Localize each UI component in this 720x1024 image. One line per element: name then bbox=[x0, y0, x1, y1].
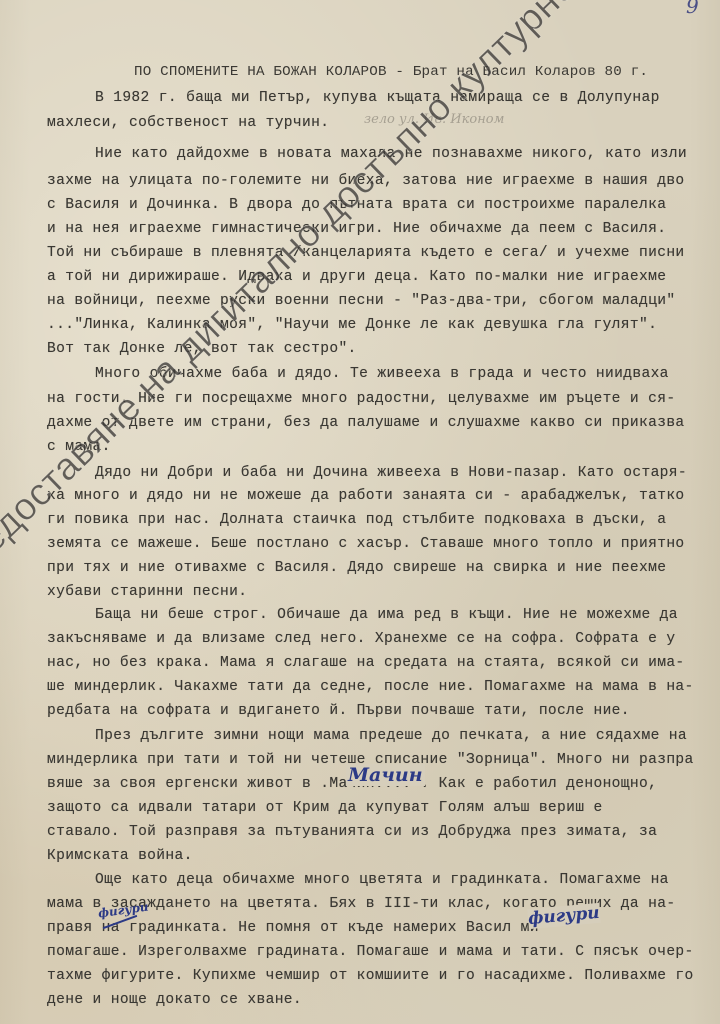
typed-line: с мама. bbox=[47, 439, 111, 455]
typed-line: хубави старинни песни. bbox=[47, 584, 247, 600]
handwritten-place-name: Мачин bbox=[346, 764, 425, 786]
page-number: 9 bbox=[686, 0, 699, 18]
typed-line: Баща ни беше строг. Обичаше да има ред в… bbox=[95, 607, 678, 623]
typed-line: Кримската война. bbox=[47, 848, 193, 864]
typed-line: дене и нощe докато се хване. bbox=[47, 992, 302, 1008]
typed-line: През дългите зимни нощи мама предеше до … bbox=[95, 728, 687, 744]
document-page: 9 ПО СПОМЕНИТЕ НА БОЖАН КОЛАРОВ - Брат н… bbox=[0, 0, 720, 1024]
typed-line: Ние като дайдохме в новата махала не поз… bbox=[95, 146, 687, 162]
typed-line: нас, но без крака. Мама я слагаше на сре… bbox=[47, 655, 685, 671]
document-title: ПО СПОМЕНИТЕ НА БОЖАН КОЛАРОВ - Брат на … bbox=[134, 64, 648, 80]
typed-line: и на нея играехме гимнастически игри. Ни… bbox=[47, 221, 666, 237]
typed-line: Още като деца обичахме много цветята и г… bbox=[95, 872, 669, 888]
typed-line: а той ни дирижираше. Идваха и други деца… bbox=[47, 269, 666, 285]
typed-line: ше миндерлик. Чакахме тати да седне, пос… bbox=[47, 679, 694, 695]
typed-line: ги повика при нас. Долната стаичка под с… bbox=[47, 512, 666, 528]
typed-line: ..."Линка, Калинка моя", "Научи ме Донке… bbox=[47, 317, 657, 333]
typed-line: Много обичахме баба и дядо. Те живееха в… bbox=[95, 366, 669, 382]
pencil-annotation: зело ул. Ив. Иконом bbox=[364, 112, 504, 127]
typed-line: дахме от двете им страни, без да палушам… bbox=[47, 415, 685, 431]
typed-line: Вот так Донке ле, вот так сестро". bbox=[47, 341, 357, 357]
typed-line: Дядо ни Добри и баба ни Дочина живееха в… bbox=[95, 465, 687, 481]
typed-line: махлеси, собственост на турчин. bbox=[47, 115, 329, 131]
typed-line: защото са идвали татари от Крим да купув… bbox=[47, 800, 603, 816]
typed-line: при тях и ние отивахме с Василя. Дядо св… bbox=[47, 560, 666, 576]
typed-line: на войници, пеехме руски военни песни - … bbox=[47, 293, 675, 309]
typed-line: ставало. Той разправя за пътуванията си … bbox=[47, 824, 657, 840]
typed-line: захме на улицата по-големите ни биеха, з… bbox=[47, 173, 685, 189]
typed-line: В 1982 г. баща ми Петър, купува къщата н… bbox=[95, 90, 660, 106]
typed-line: Той ни събираше в плевнята /канцеларията… bbox=[47, 245, 685, 261]
typed-line: на гости. Ние ги посрещахме много радост… bbox=[47, 391, 675, 407]
typed-line: закъсняваме и да влизаме след него. Хран… bbox=[47, 631, 675, 647]
typed-line: ха много и дядо ни не можеше да работи з… bbox=[47, 488, 685, 504]
typed-line: с Василя и Дочинка. В двора до пътната в… bbox=[47, 197, 666, 213]
typed-line: тахме фигурите. Купихме чемшир от комшии… bbox=[47, 968, 694, 984]
typed-line: земята се мажеше. Беше постлано с хасър.… bbox=[47, 536, 685, 552]
typed-line: редбата на софрата и вдигането й. Първи … bbox=[47, 703, 630, 719]
typed-line: помагаше. Изреголвахме градината. Помага… bbox=[47, 944, 694, 960]
